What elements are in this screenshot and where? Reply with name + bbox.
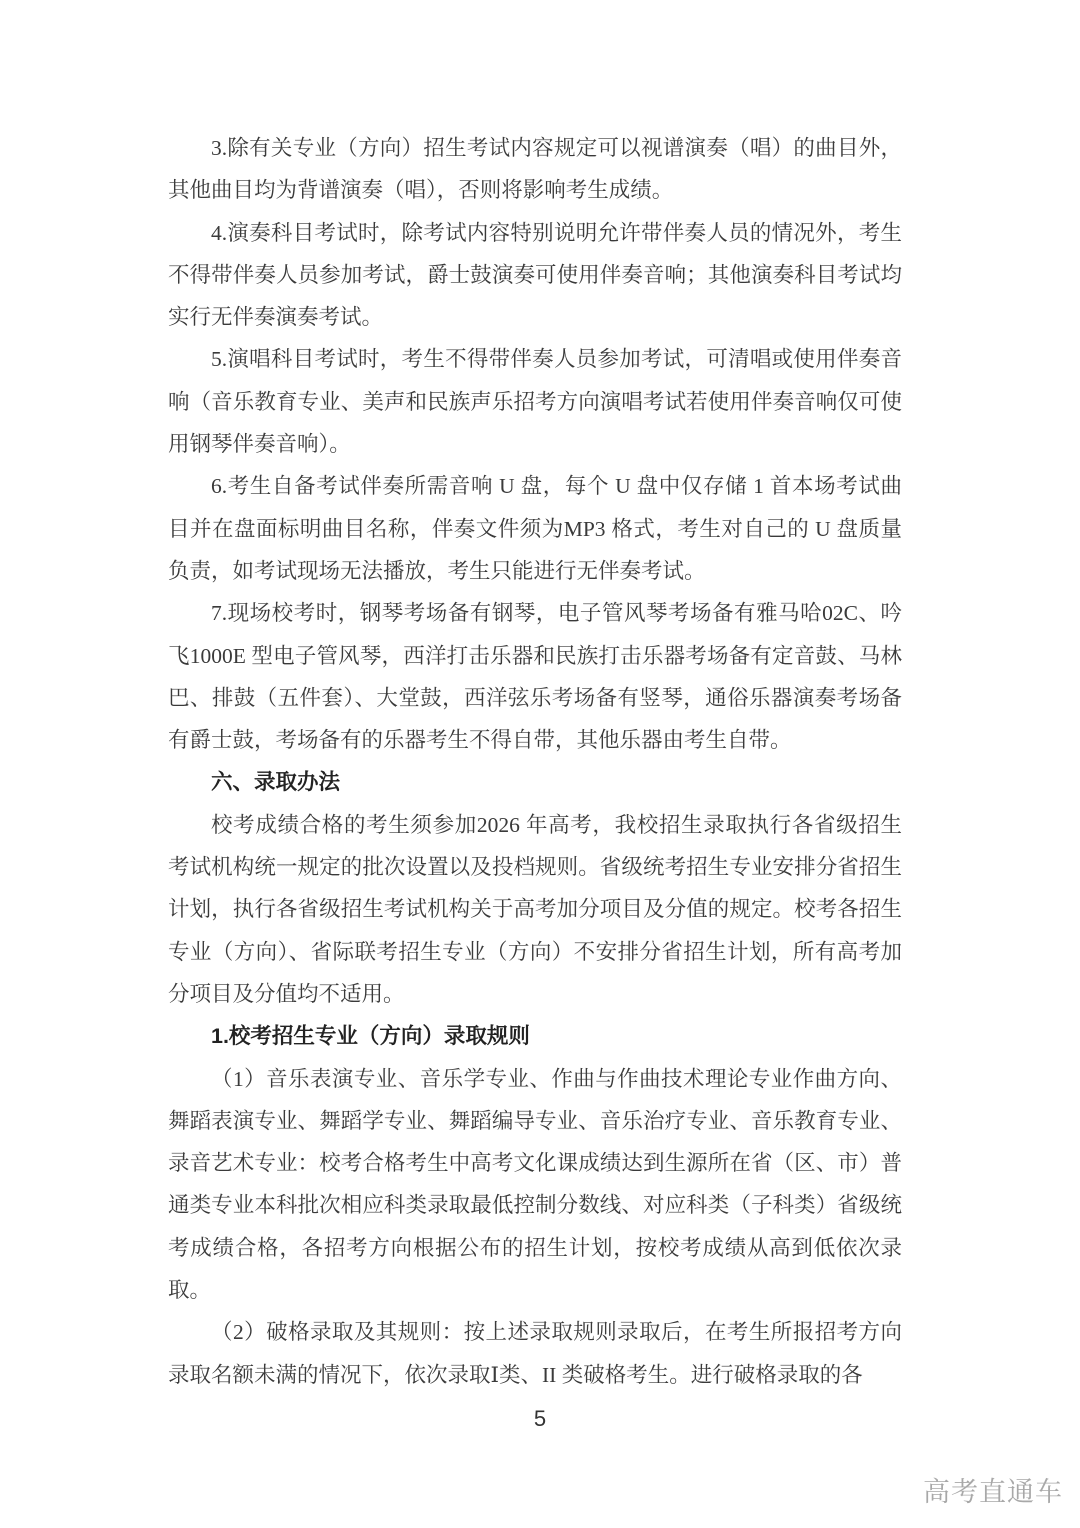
document-body: 3.除有关专业（方向）招生考试内容规定可以视谱演奏（唱）的曲目外，其他曲目均为背…: [168, 127, 902, 1396]
paragraph-item-4: 4.演奏科目考试时，除考试内容特别说明允许带伴奏人员的情况外，考生不得带伴奏人员…: [168, 212, 902, 339]
paragraph-item-3: 3.除有关专业（方向）招生考试内容规定可以视谱演奏（唱）的曲目外，其他曲目均为背…: [168, 127, 902, 212]
paragraph-rule-1: （1）音乐表演专业、音乐学专业、作曲与作曲技术理论专业作曲方向、舞蹈表演专业、舞…: [168, 1058, 902, 1312]
paragraph-admission-overview: 校考成绩合格的考生须参加2026 年高考，我校招生录取执行各省级招生考试机构统一…: [168, 804, 902, 1015]
page-number: 5: [0, 1406, 1080, 1432]
section-heading-admission-method: 六、录取办法: [168, 761, 902, 803]
paragraph-item-7: 7.现场校考时，钢琴考场备有钢琴，电子管风琴考场备有雅马哈02C、吟飞1000E…: [168, 592, 902, 761]
paragraph-item-5: 5.演唱科目考试时，考生不得带伴奏人员参加考试，可清唱或使用伴奏音响（音乐教育专…: [168, 338, 902, 465]
document-page: 3.除有关专业（方向）招生考试内容规定可以视谱演奏（唱）的曲目外，其他曲目均为背…: [0, 0, 1080, 1528]
paragraph-item-6: 6.考生自备考试伴奏所需音响 U 盘，每个 U 盘中仅存储 1 首本场考试曲目并…: [168, 465, 902, 592]
paragraph-rule-2: （2）破格录取及其规则：按上述录取规则录取后，在考生所报招考方向录取名额未满的情…: [168, 1311, 902, 1396]
watermark-brand: 高考直通车: [923, 1470, 1063, 1509]
subsection-heading-school-exam-rules: 1.校考招生专业（方向）录取规则: [168, 1015, 902, 1057]
